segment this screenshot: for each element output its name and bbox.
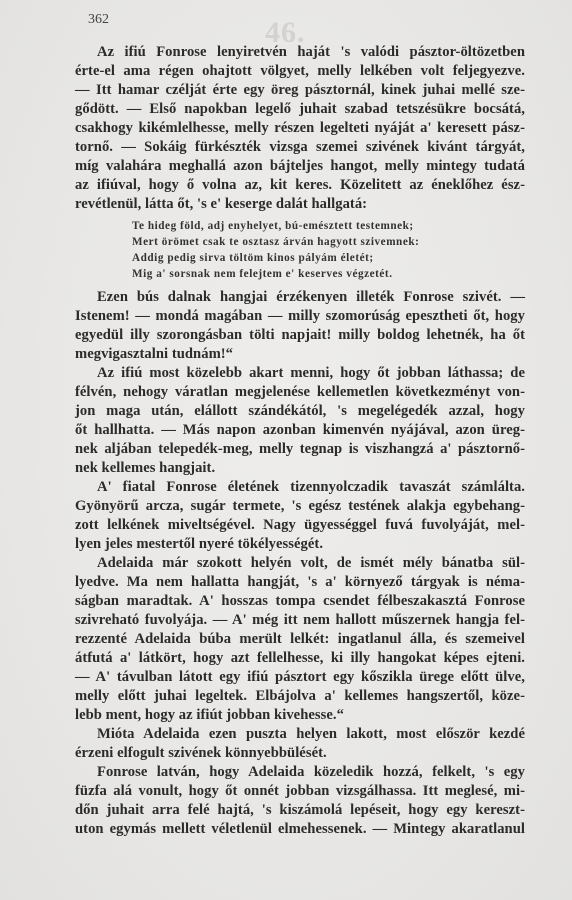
page-number: 362: [88, 12, 109, 28]
text-line: míg valahára meghallá azon bájteljes han…: [75, 157, 525, 176]
book-page: 46. 362 Az ifiú Fonrose lenyiretvén hajá…: [0, 0, 572, 900]
text-line: jon maga után, elállott szándékától, 's …: [75, 402, 525, 421]
text-line: Adelaida már szokott helyén volt, de ism…: [75, 554, 525, 573]
text-line: Az ifiú most közelebb akart menni, hogy …: [75, 364, 525, 383]
verse-block: Te hideg föld, adj enyhelyet, bú-emészte…: [75, 218, 525, 282]
text-line: megvigasztalni tudnám!“: [75, 345, 525, 364]
paragraph: Ezen bús dalnak hangjai érzékenyen illet…: [75, 288, 525, 364]
text-line: lebb ment, hogy az ifiút jobban kivehess…: [75, 706, 525, 725]
text-line: Ezen bús dalnak hangjai érzékenyen illet…: [75, 288, 525, 307]
text-line: zott lelkének miveltségével. Nagy ügyess…: [75, 516, 525, 535]
text-line: Fonrose latván, hogy Adelaida közeledik …: [75, 763, 525, 782]
text-line: lyedve. Ma nem hallatta hangját, 's a' k…: [75, 573, 525, 592]
text-line: A' fiatal Fonrose életének tizennyolczad…: [75, 478, 525, 497]
paragraph: Az ifiú most közelebb akart menni, hogy …: [75, 364, 525, 478]
text-line: füzfa alá vonult, hogy őt onnét jobban v…: [75, 782, 525, 801]
paragraph: Az ifiú Fonrose lenyiretvén haját 's val…: [75, 43, 525, 214]
text-line: gődött. — Első napokban legelő juhait sz…: [75, 100, 525, 119]
text-line: érte-el ama régen ohajtott völgyet, mell…: [75, 62, 525, 81]
text-line: nek aljában telepedék-meg, melly tegnap …: [75, 440, 525, 459]
text-line: revétlenül, látta őt, 's e' keserge dalá…: [75, 195, 525, 214]
text-line: érzeni elfogult szivének könnyebbülését.: [75, 744, 525, 763]
text-line: Gyönyörű arcza, sugár termete, 's egész …: [75, 497, 525, 516]
text-line: őt hallhatta. — Más napon azonban kimenv…: [75, 421, 525, 440]
text-line: az ifiúval, hogy ő volna az, kit keres. …: [75, 176, 525, 195]
text-line: lyen jeles mestertől nyeré tökélyességét…: [75, 535, 525, 554]
paragraph: Fonrose latván, hogy Adelaida közeledik …: [75, 763, 525, 839]
text-line: uton egymás mellett véletlenül elmehesse…: [75, 820, 525, 839]
text-line: dőn juhait arra felé hajtá, 's kiszámolá…: [75, 801, 525, 820]
verse-line: Mert örömet csak te osztasz árván hagyot…: [132, 234, 525, 250]
text-line: Mióta Adelaida ezen puszta helyen lakott…: [75, 725, 525, 744]
paragraph: Adelaida már szokott helyén volt, de ism…: [75, 554, 525, 725]
text-line: — Itt hamar czélját érte egy öreg pászto…: [75, 81, 525, 100]
page-body: Az ifiú Fonrose lenyiretvén haját 's val…: [75, 43, 525, 839]
text-line: félvén, nehogy váratlan megjelenése kell…: [75, 383, 525, 402]
text-line: melly előtt juhai legeltek. Elbájolva a'…: [75, 687, 525, 706]
verse-line: Te hideg föld, adj enyhelyet, bú-emészte…: [132, 218, 525, 234]
verse-line: Mig a' sorsnak nem felejtem e' keserves …: [132, 266, 525, 282]
text-line: tornő. — Sokáig fürkészték vizsga szemei…: [75, 138, 525, 157]
text-line: Istenem! — mondá magában — milly szomorú…: [75, 307, 525, 326]
paragraph: Mióta Adelaida ezen puszta helyen lakott…: [75, 725, 525, 763]
verse-line: Addig pedig sirva töltöm kinos pályám él…: [132, 250, 525, 266]
paragraph: A' fiatal Fonrose életének tizennyolczad…: [75, 478, 525, 554]
text-line: egyedül illy szorongásban tölti napjait!…: [75, 326, 525, 345]
text-line: — A' távulban látott egy ifiú pásztort e…: [75, 668, 525, 687]
text-line: rezzenté Adelaida búba merült lelkét: in…: [75, 630, 525, 649]
text-line: csakhogy kikémlelhesse, melly részen leg…: [75, 119, 525, 138]
text-line: átfutá a' látkört, hogy azt fellelhesse,…: [75, 649, 525, 668]
text-line: szivreható fuvolyája. — A' még itt nem h…: [75, 611, 525, 630]
text-line: nek kellemes hangjait.: [75, 459, 525, 478]
text-line: ságban maradtak. A' hosszas tompa csende…: [75, 592, 525, 611]
text-line: Az ifiú Fonrose lenyiretvén haját 's val…: [75, 43, 525, 62]
